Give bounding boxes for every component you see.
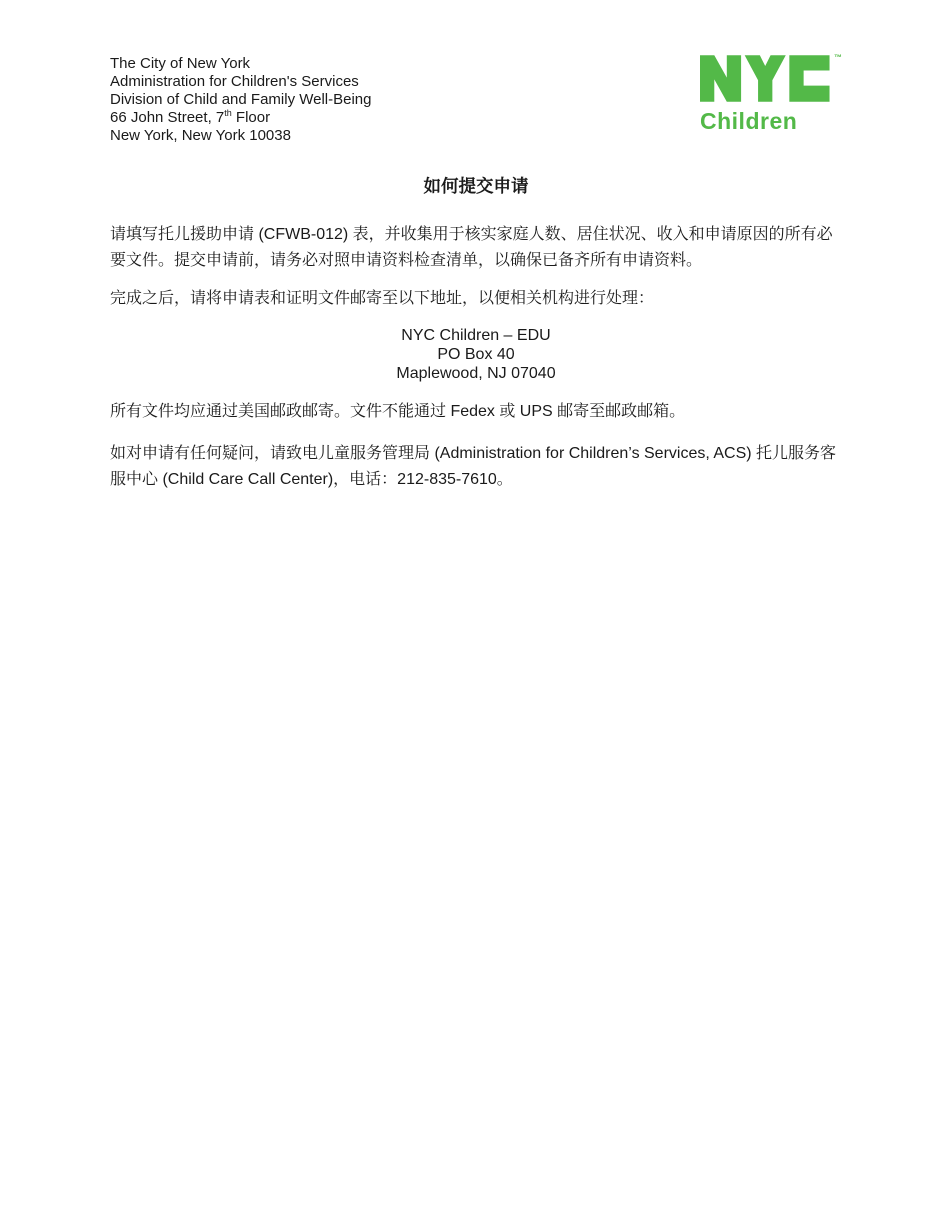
paragraph-usps-requirement: 所有文件均应通过美国邮政邮寄。文件不能通过 Fedex 或 UPS 邮寄至邮政邮…: [110, 399, 842, 425]
mailing-address-pobox: PO Box 40: [110, 345, 842, 364]
mailing-address-block: NYC Children – EDU PO Box 40 Maplewood, …: [110, 326, 842, 383]
mailing-address-recipient: NYC Children – EDU: [110, 326, 842, 345]
street-ordinal-suffix: th: [224, 108, 232, 118]
trademark-symbol: ™: [834, 53, 842, 62]
mailing-address-city: Maplewood, NJ 07040: [110, 364, 842, 383]
nyc-children-logo: ™ Children: [700, 55, 842, 135]
agency-address-block: The City of New York Administration for …: [110, 55, 372, 145]
document-title: 如何提交申请: [110, 173, 842, 198]
paragraph-mailing-instruction: 完成之后，请将申请表和证明文件邮寄至以下地址，以便相关机构进行处理：: [110, 286, 842, 312]
nyc-logo-letters: ™: [700, 55, 834, 107]
document-page: The City of New York Administration for …: [0, 0, 950, 493]
agency-line-administration: Administration for Children's Services: [110, 73, 372, 91]
agency-city-line: New York, New York 10038: [110, 127, 372, 145]
agency-line-division: Division of Child and Family Well-Being: [110, 91, 372, 109]
street-suffix: Floor: [232, 109, 270, 126]
nyc-logo-children-wordmark: Children: [700, 108, 842, 135]
paragraph-contact-info: 如对申请有任何疑问，请致电儿童服务管理局 (Administration for…: [110, 441, 842, 493]
nyc-logo-icon: [700, 55, 834, 102]
agency-street-line: 66 John Street, 7th Floor: [110, 109, 372, 127]
street-text: 66 John Street, 7: [110, 109, 224, 126]
agency-line-city: The City of New York: [110, 55, 372, 73]
letterhead: The City of New York Administration for …: [110, 55, 842, 145]
paragraph-application-instructions: 请填写托儿援助申请 (CFWB-012) 表，并收集用于核实家庭人数、居住状况、…: [110, 222, 842, 274]
